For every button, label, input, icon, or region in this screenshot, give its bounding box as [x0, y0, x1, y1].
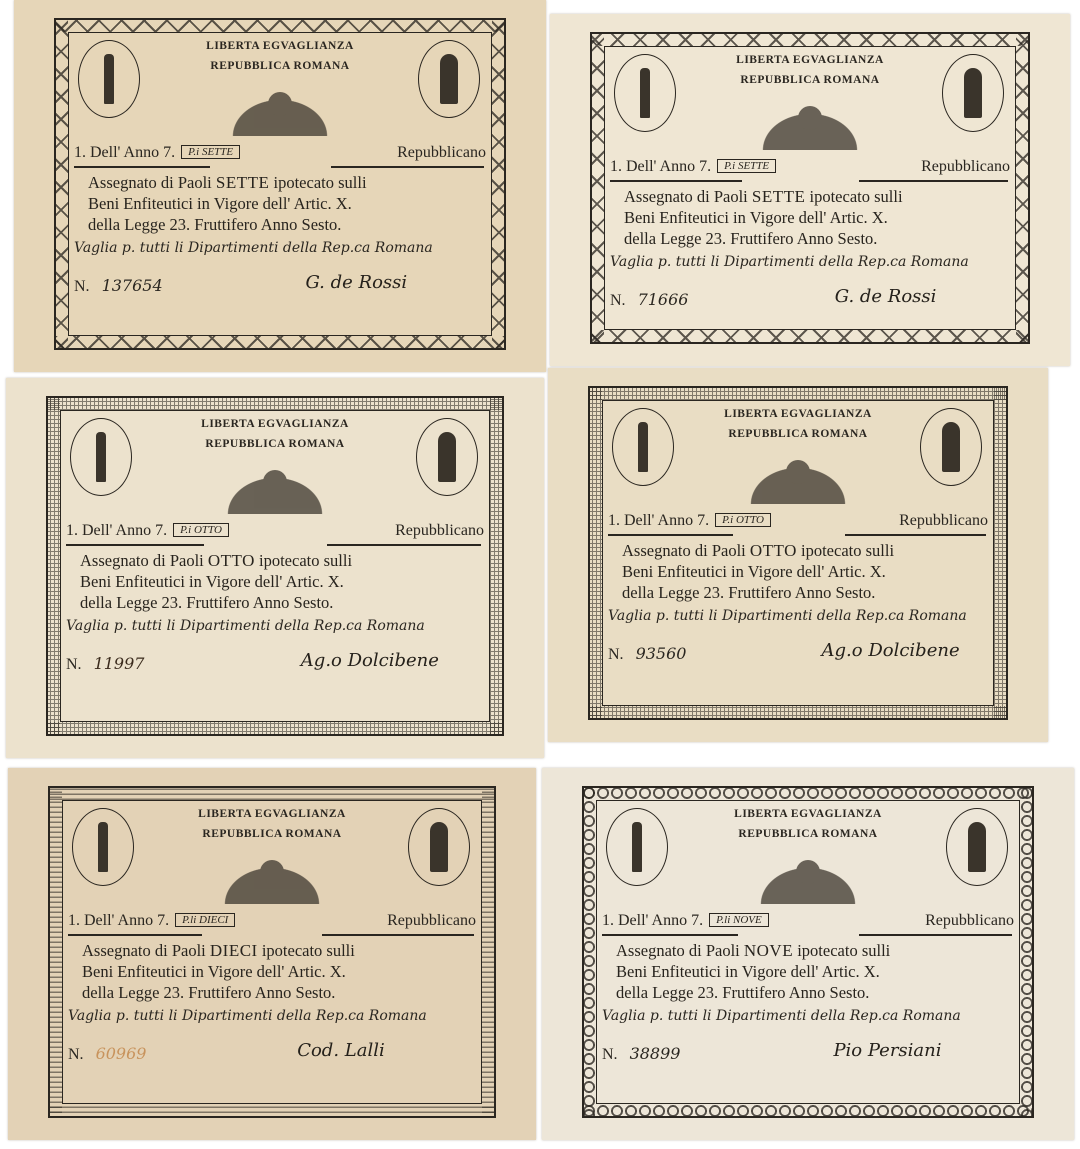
text-line-1: Assegnato di Paoli OTTO ipotecato sulli [80, 550, 352, 571]
serial-value: 137654 [102, 276, 163, 295]
repubblicano-label: Repubblicano [387, 912, 476, 930]
validity-script: Vaglia p. tutti li Dipartimenti della Re… [74, 240, 433, 256]
eagle-emblem-icon [220, 90, 340, 136]
signature: Cod. Lalli [297, 1040, 385, 1061]
validity-script: Vaglia p. tutti li Dipartimenti della Re… [608, 608, 967, 624]
eagle-emblem-icon [738, 458, 858, 504]
assignat-text: Assegnato di Paoli SETTE ipotecato sulli… [88, 172, 367, 235]
denomination-box: P.i OTTO [173, 523, 229, 537]
denomination-box: P.i SETTE [717, 159, 776, 173]
divider [74, 166, 210, 168]
issuer: REPUBBLICA ROMANA [604, 74, 1016, 86]
repubblicano-label: Repubblicano [395, 522, 484, 540]
text-line-2: Beni Enfiteutici in Vigore dell' Artic. … [82, 961, 355, 982]
text-line-2: Beni Enfiteutici in Vigore dell' Artic. … [622, 561, 894, 582]
serial-value: 11997 [94, 654, 145, 673]
text-line-1: Assegnato di Paoli SETTE ipotecato sulli [624, 186, 903, 207]
motto: LIBERTA EGVAGLIANZA [62, 808, 482, 820]
divider [66, 544, 204, 546]
text-line-1: Assegnato di Paoli DIECI ipotecato sulli [82, 940, 355, 961]
text-line-3: della Legge 23. Fruttifero Anno Sesto. [624, 228, 903, 249]
serial-number: N.93560 [608, 644, 686, 664]
text-line-1: Assegnato di Paoli NOVE ipotecato sulli [616, 940, 890, 961]
assignat-text: Assegnato di Paoli NOVE ipotecato sulliB… [616, 940, 890, 1003]
banknote-otto: LIBERTA EGVAGLIANZAREPUBBLICA ROMANA1. D… [6, 378, 544, 758]
serial-number: N.60969 [68, 1044, 146, 1064]
motto: LIBERTA EGVAGLIANZA [60, 418, 490, 430]
denomination-box: P.li NOVE [709, 913, 769, 927]
divider [859, 180, 1007, 182]
year-text: 1. Dell' Anno 7. [66, 522, 167, 539]
eagle-emblem-icon [215, 468, 335, 514]
denomination-word: OTTO [208, 551, 255, 570]
divider [68, 934, 202, 936]
signature: G. de Rossi [305, 272, 407, 293]
denomination-word: NOVE [744, 941, 793, 960]
text-line-2: Beni Enfiteutici in Vigore dell' Artic. … [88, 193, 367, 214]
signature: Ag.o Dolcibene [301, 650, 439, 671]
divider [845, 534, 986, 536]
validity-script: Vaglia p. tutti li Dipartimenti della Re… [66, 618, 425, 634]
year-label: 1. Dell' Anno 7.P.i SETTE [74, 144, 246, 162]
text-line-1: Assegnato di Paoli OTTO ipotecato sulli [622, 540, 894, 561]
year-label: 1. Dell' Anno 7.P.i OTTO [608, 512, 777, 530]
assignat-text: Assegnato di Paoli OTTO ipotecato sulliB… [622, 540, 894, 603]
repubblicano-label: Repubblicano [899, 512, 988, 530]
serial-value: 60969 [96, 1044, 147, 1063]
year-text: 1. Dell' Anno 7. [608, 512, 709, 529]
divider [322, 934, 473, 936]
assignat-text: Assegnato di Paoli SETTE ipotecato sulli… [624, 186, 903, 249]
issuer: REPUBBLICA ROMANA [68, 60, 492, 72]
divider [602, 934, 738, 936]
assignat-text: Assegnato di Paoli OTTO ipotecato sulliB… [80, 550, 352, 613]
validity-script: Vaglia p. tutti li Dipartimenti della Re… [68, 1008, 427, 1024]
signature: Pio Persiani [833, 1040, 941, 1061]
serial-number: N.137654 [74, 276, 163, 296]
denomination-box: P.i OTTO [715, 513, 771, 527]
year-text: 1. Dell' Anno 7. [68, 912, 169, 929]
serial-number: N.11997 [66, 654, 144, 674]
divider [327, 544, 482, 546]
divider [610, 180, 742, 182]
issuer: REPUBBLICA ROMANA [60, 438, 490, 450]
year-text: 1. Dell' Anno 7. [74, 144, 175, 161]
year-label: 1. Dell' Anno 7.P.i OTTO [66, 522, 235, 540]
text-line-3: della Legge 23. Fruttifero Anno Sesto. [80, 592, 352, 613]
denomination-word: OTTO [750, 541, 797, 560]
serial-value: 71666 [638, 290, 689, 309]
serial-value: 38899 [630, 1044, 681, 1063]
banknote-dieci: LIBERTA EGVAGLIANZAREPUBBLICA ROMANA1. D… [8, 768, 536, 1140]
denomination-box: P.li DIECI [175, 913, 235, 927]
denomination-word: DIECI [210, 941, 258, 960]
issuer: REPUBBLICA ROMANA [62, 828, 482, 840]
denomination-word: SETTE [752, 187, 806, 206]
banknote-otto: LIBERTA EGVAGLIANZAREPUBBLICA ROMANA1. D… [548, 368, 1048, 742]
banknote-nove: LIBERTA EGVAGLIANZAREPUBBLICA ROMANA1. D… [542, 768, 1074, 1140]
motto: LIBERTA EGVAGLIANZA [68, 40, 492, 52]
validity-script: Vaglia p. tutti li Dipartimenti della Re… [602, 1008, 961, 1024]
eagle-emblem-icon [750, 104, 870, 150]
banknote-sette: LIBERTA EGVAGLIANZAREPUBBLICA ROMANA1. D… [14, 0, 546, 372]
eagle-emblem-icon [212, 858, 332, 904]
denomination-word: SETTE [216, 173, 270, 192]
year-label: 1. Dell' Anno 7.P.li DIECI [68, 912, 241, 930]
text-line-3: della Legge 23. Fruttifero Anno Sesto. [622, 582, 894, 603]
issuer: REPUBBLICA ROMANA [602, 428, 994, 440]
serial-number: N.71666 [610, 290, 688, 310]
divider [859, 934, 1012, 936]
motto: LIBERTA EGVAGLIANZA [604, 54, 1016, 66]
divider [608, 534, 733, 536]
text-line-2: Beni Enfiteutici in Vigore dell' Artic. … [80, 571, 352, 592]
banknote-sette: LIBERTA EGVAGLIANZAREPUBBLICA ROMANA1. D… [550, 14, 1070, 366]
text-line-3: della Legge 23. Fruttifero Anno Sesto. [616, 982, 890, 1003]
repubblicano-label: Repubblicano [397, 144, 486, 162]
year-label: 1. Dell' Anno 7.P.li NOVE [602, 912, 775, 930]
text-line-3: della Legge 23. Fruttifero Anno Sesto. [88, 214, 367, 235]
validity-script: Vaglia p. tutti li Dipartimenti della Re… [610, 254, 969, 270]
signature: Ag.o Dolcibene [822, 640, 960, 661]
eagle-emblem-icon [748, 858, 868, 904]
text-line-2: Beni Enfiteutici in Vigore dell' Artic. … [624, 207, 903, 228]
issuer: REPUBBLICA ROMANA [596, 828, 1020, 840]
assignat-text: Assegnato di Paoli DIECI ipotecato sulli… [82, 940, 355, 1003]
year-text: 1. Dell' Anno 7. [602, 912, 703, 929]
signature: G. de Rossi [835, 286, 937, 307]
repubblicano-label: Repubblicano [921, 158, 1010, 176]
text-line-1: Assegnato di Paoli SETTE ipotecato sulli [88, 172, 367, 193]
year-text: 1. Dell' Anno 7. [610, 158, 711, 175]
text-line-2: Beni Enfiteutici in Vigore dell' Artic. … [616, 961, 890, 982]
year-label: 1. Dell' Anno 7.P.i SETTE [610, 158, 782, 176]
text-line-3: della Legge 23. Fruttifero Anno Sesto. [82, 982, 355, 1003]
repubblicano-label: Repubblicano [925, 912, 1014, 930]
serial-value: 93560 [636, 644, 687, 663]
denomination-box: P.i SETTE [181, 145, 240, 159]
motto: LIBERTA EGVAGLIANZA [596, 808, 1020, 820]
motto: LIBERTA EGVAGLIANZA [602, 408, 994, 420]
divider [331, 166, 484, 168]
serial-number: N.38899 [602, 1044, 680, 1064]
